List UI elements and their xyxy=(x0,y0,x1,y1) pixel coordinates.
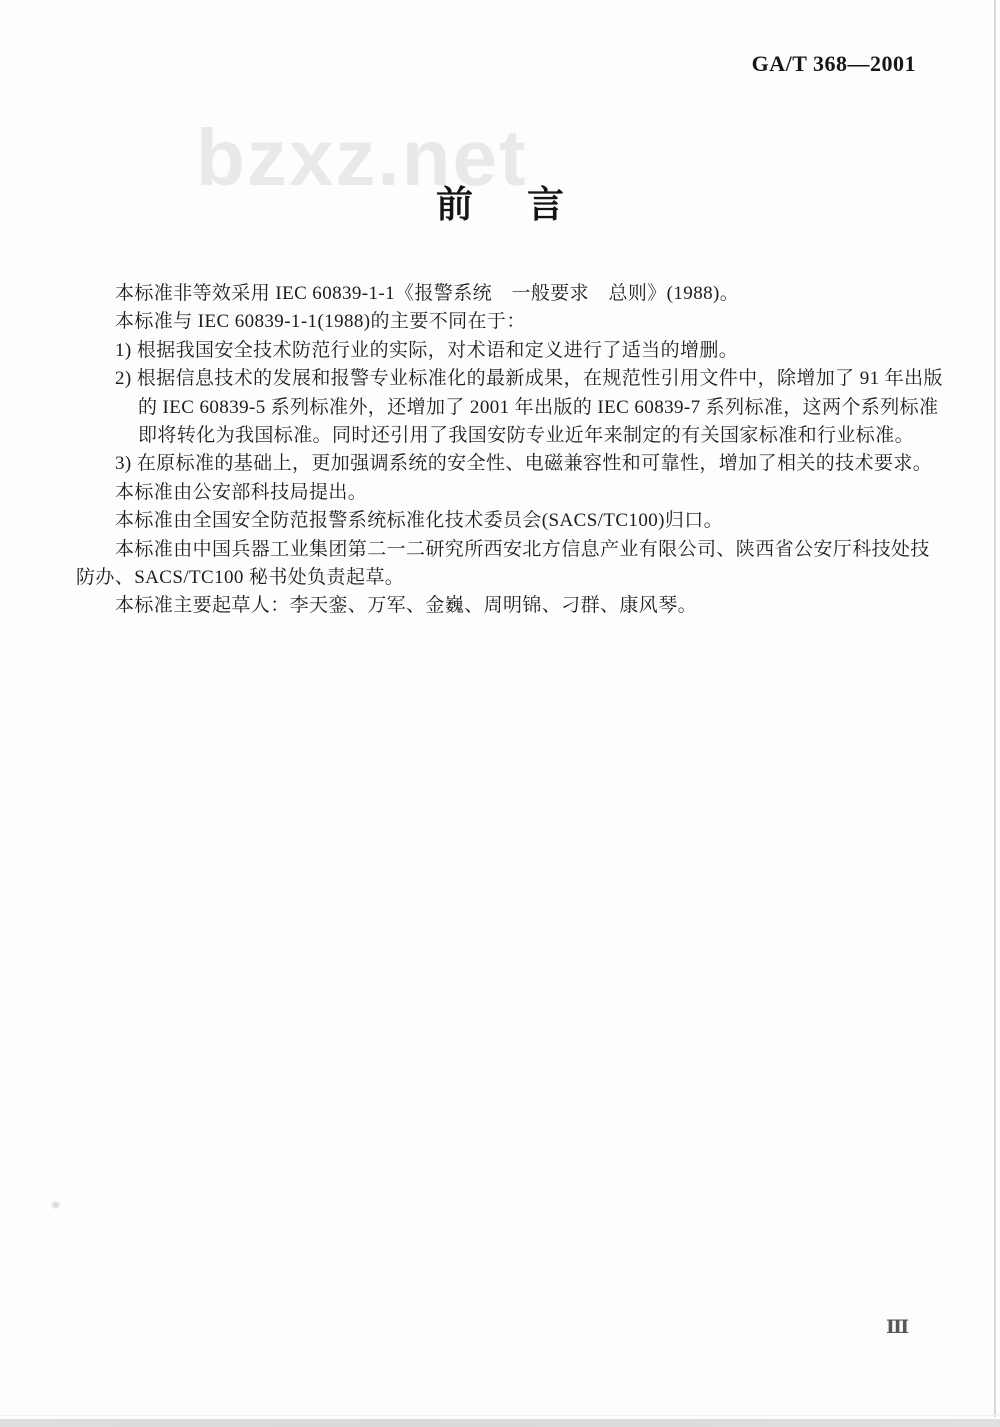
scan-edge-bottom xyxy=(0,1419,1000,1427)
page-title-char: 言 xyxy=(527,186,564,227)
foreword-line: 本标准由公安部科技局提出。 xyxy=(76,479,928,507)
foreword-line: 本标准非等效采用 IEC 60839-1-1《报警系统 一般要求 总则》(198… xyxy=(76,280,928,308)
foreword-line: 防办、SACS/TC100 秘书处负责起草。 xyxy=(76,564,928,592)
foreword-body: 本标准非等效采用 IEC 60839-1-1《报警系统 一般要求 总则》(198… xyxy=(76,280,928,621)
foreword-line: 本标准由全国安全防范报警系统标准化技术委员会(SACS/TC100)归口。 xyxy=(76,507,928,535)
foreword-line: 本标准与 IEC 60839-1-1(1988)的主要不同在于： xyxy=(76,308,928,336)
standard-number: GA/T 368—2001 xyxy=(752,51,916,77)
foreword-line: 本标准主要起草人：李天銮、万军、金巍、周明锦、刁群、康风琴。 xyxy=(76,592,928,620)
scanned-document-page: GA/T 368—2001 bzxz.net 前 言 本标准非等效采用 IEC … xyxy=(0,0,1000,1427)
foreword-line: 2) 根据信息技术的发展和报警专业标准化的最新成果，在规范性引用文件中，除增加了… xyxy=(76,365,928,393)
foreword-line: 3) 在原标准的基础上，更加强调系统的安全性、电磁兼容性和可靠性，增加了相关的技… xyxy=(76,450,928,478)
page-number: Ⅲ xyxy=(886,1316,909,1339)
page-title-char: 前 xyxy=(436,186,473,227)
scan-edge-right xyxy=(994,0,996,1417)
foreword-line: 本标准由中国兵器工业集团第二一二研究所西安北方信息产业有限公司、陕西省公安厅科技… xyxy=(76,536,928,564)
page-title: 前 言 xyxy=(0,186,1000,227)
scan-edge-bottom-faint xyxy=(0,1415,1000,1416)
foreword-line: 的 IEC 60839-5 系列标准外，还增加了 2001 年出版的 IEC 6… xyxy=(76,394,928,422)
scan-speck xyxy=(52,1202,59,1208)
foreword-line: 即将转化为我国标准。同时还引用了我国安防专业近年来制定的有关国家标准和行业标准。 xyxy=(76,422,928,450)
foreword-line: 1) 根据我国安全技术防范行业的实际，对术语和定义进行了适当的增删。 xyxy=(76,337,928,365)
